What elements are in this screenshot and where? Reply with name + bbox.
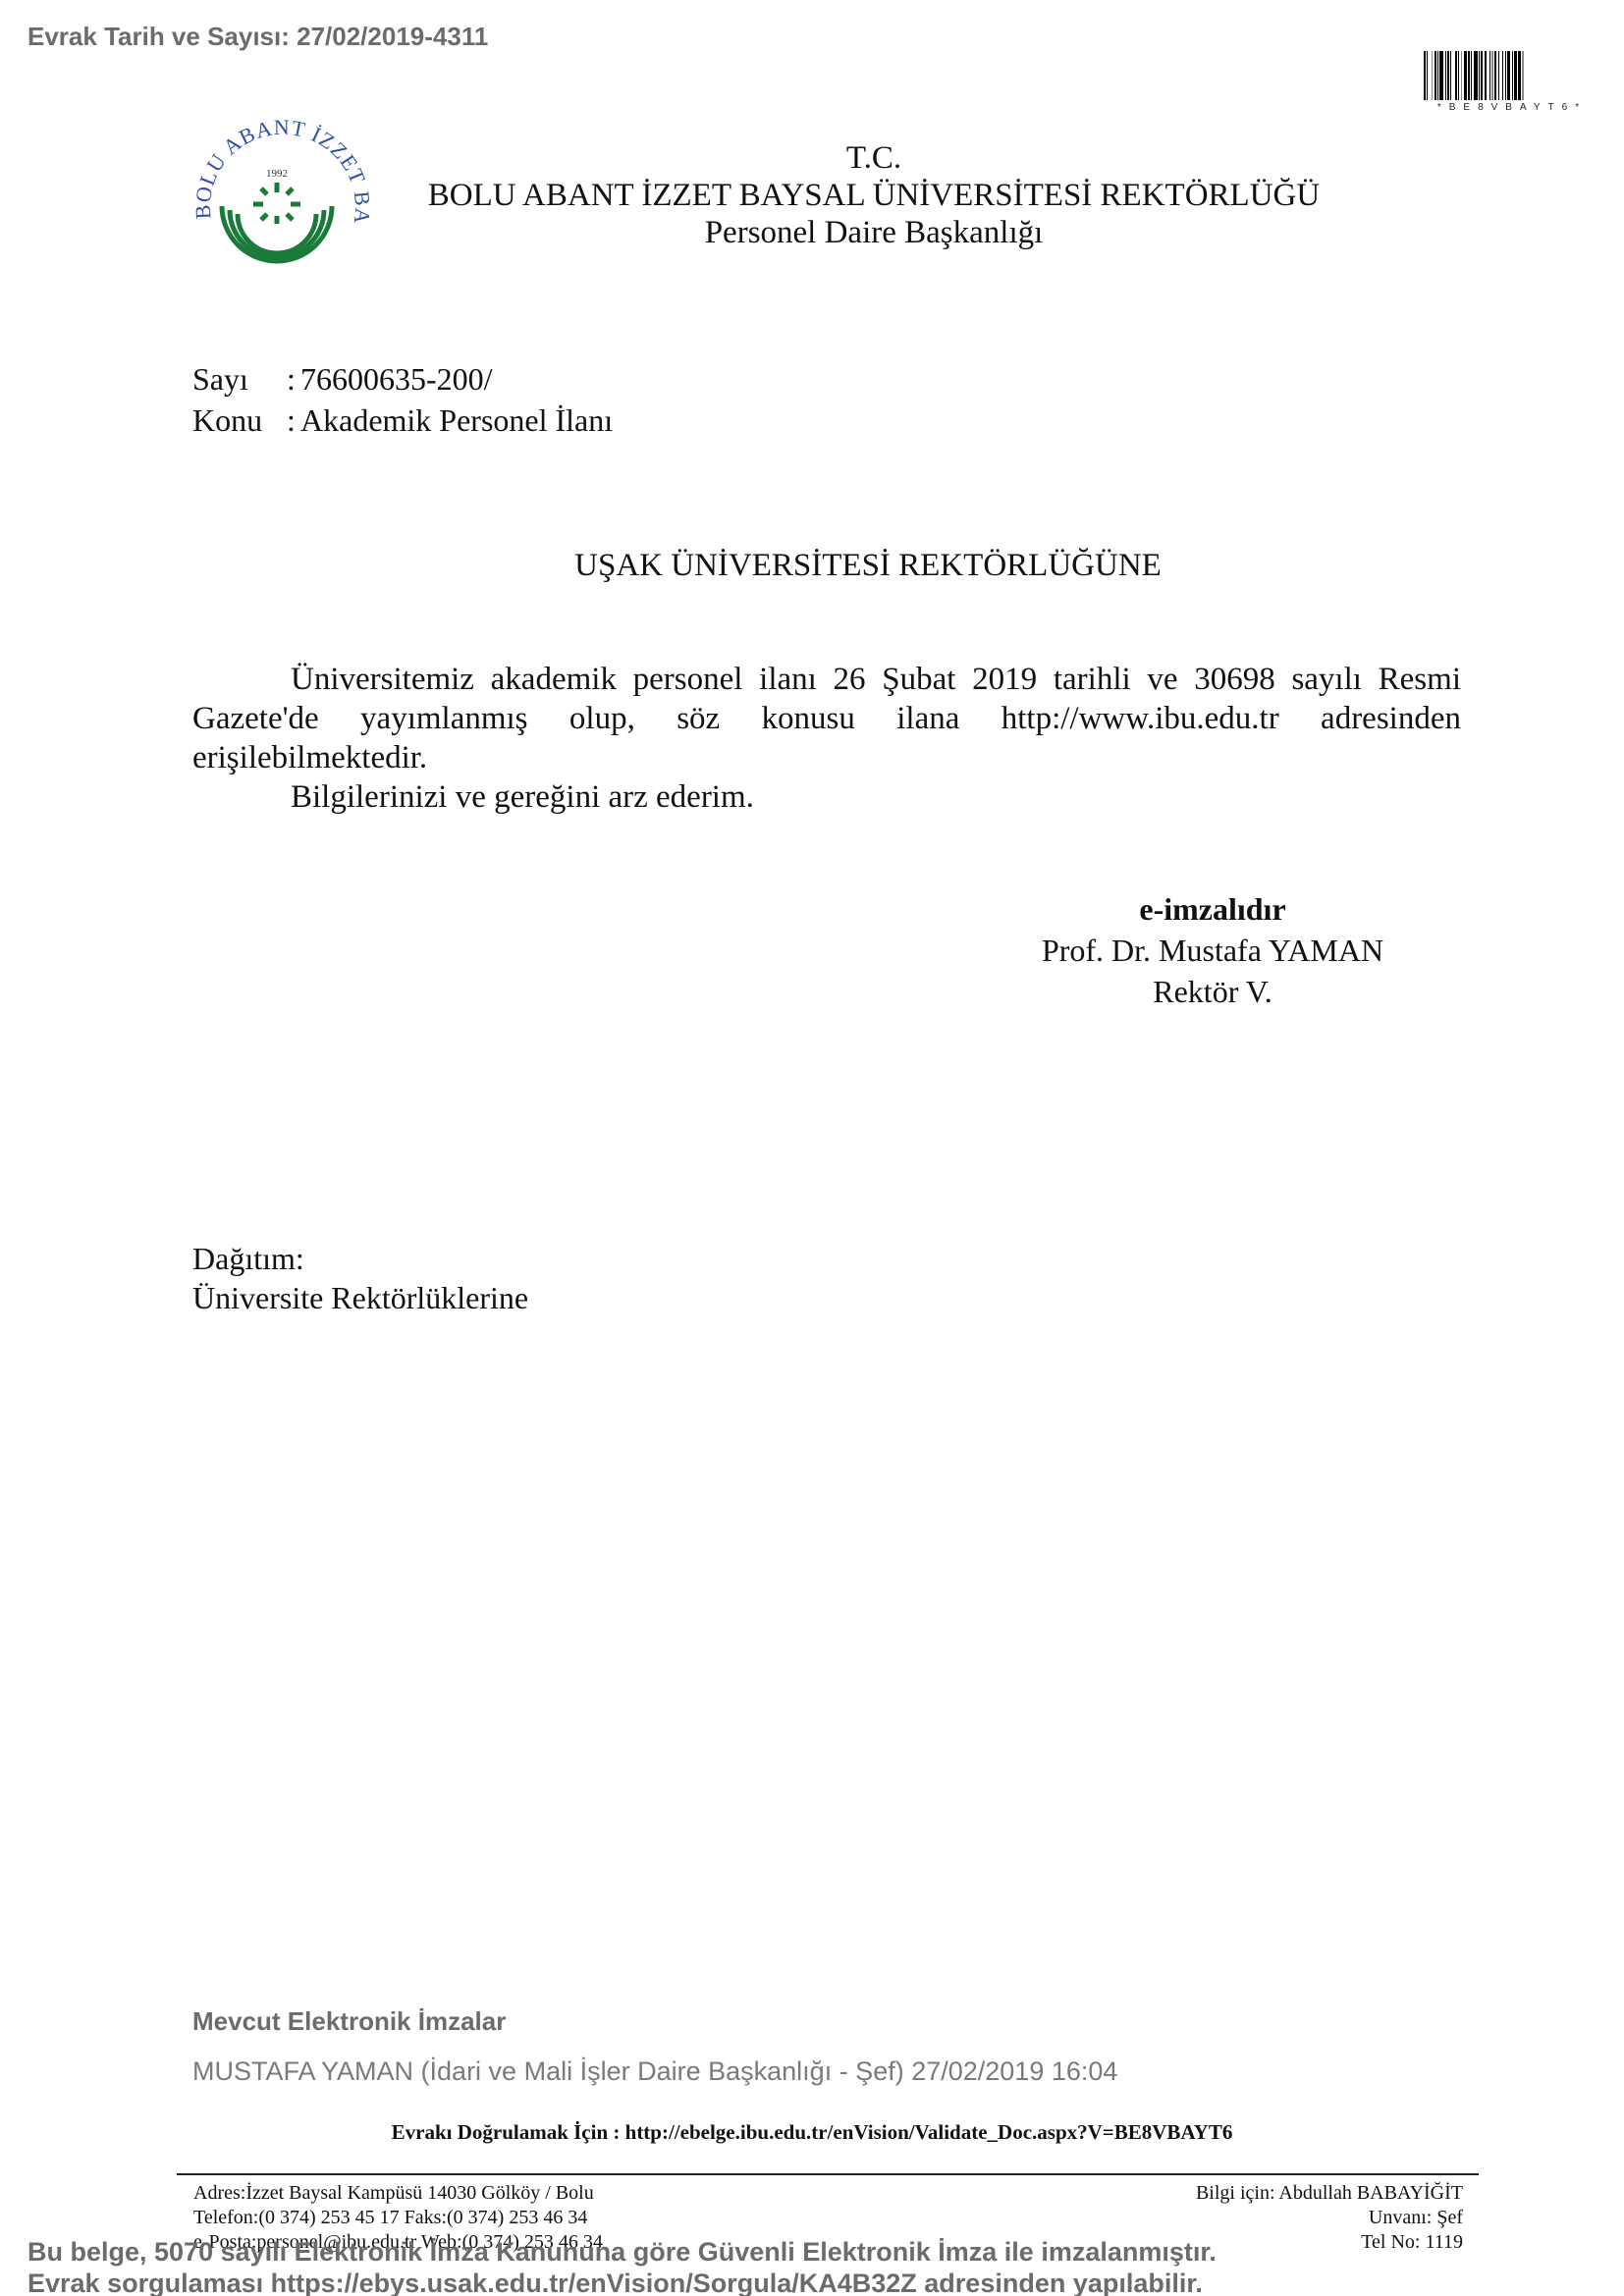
- footer-info-person: Bilgi için: Abdullah BABAYİĞİT: [1080, 2181, 1463, 2206]
- signatory-name: Prof. Dr. Mustafa YAMAN: [1021, 930, 1404, 971]
- konu-value: Akademik Personel İlanı: [300, 400, 613, 441]
- meta-konu-row: Konu : Akademik Personel İlanı: [192, 400, 613, 441]
- distribution-label: Dağıtım:: [192, 1239, 528, 1278]
- letter-body: Üniversitemiz akademik personel ilanı 26…: [192, 660, 1461, 817]
- body-paragraph-1: Üniversitemiz akademik personel ilanı 26…: [192, 660, 1461, 777]
- footer-phone: Telefon:(0 374) 253 45 17 Faks:(0 374) 2…: [193, 2206, 603, 2230]
- letterhead-department: Personel Daire Başkanlığı: [393, 214, 1355, 251]
- barcode-text: *BE8VBAYT6*: [1424, 102, 1600, 113]
- footer-unvan: Unvanı: Şef: [1080, 2206, 1463, 2230]
- electronic-signatures-title: Mevcut Elektronik İmzalar: [192, 2006, 1117, 2037]
- svg-text:1992: 1992: [266, 168, 288, 180]
- sayi-label: Sayı: [192, 358, 287, 400]
- letterhead-institution: BOLU ABANT İZZET BAYSAL ÜNİVERSİTESİ REK…: [393, 177, 1355, 214]
- konu-label: Konu: [192, 400, 287, 441]
- legal-notice-line-2: Evrak sorgulaması https://ebys.usak.edu.…: [27, 2268, 1217, 2296]
- distribution-value: Üniversite Rektörlüklerine: [192, 1278, 528, 1317]
- barcode-icon: [1424, 51, 1600, 100]
- validation-link[interactable]: Evrakı Doğrulamak İçin : http://ebelge.i…: [0, 2120, 1624, 2145]
- body-paragraph-2: Bilgilerinizi ve gereğini arz ederim.: [192, 777, 1461, 817]
- distribution: Dağıtım: Üniversite Rektörlüklerine: [192, 1239, 528, 1317]
- sayi-value: 76600635-200/: [300, 358, 493, 400]
- letterhead: T.C. BOLU ABANT İZZET BAYSAL ÜNİVERSİTES…: [393, 139, 1355, 251]
- letterhead-tc: T.C.: [393, 139, 1355, 177]
- barcode: *BE8VBAYT6*: [1424, 51, 1600, 113]
- document-meta: Sayı : 76600635-200/ Konu : Akademik Per…: [192, 358, 613, 441]
- electronic-signatures: Mevcut Elektronik İmzalar MUSTAFA YAMAN …: [192, 2006, 1117, 2087]
- footer-divider: [177, 2173, 1479, 2175]
- electronic-signature-entry: MUSTAFA YAMAN (İdari ve Mali İşler Daire…: [192, 2056, 1117, 2087]
- meta-sayi-row: Sayı : 76600635-200/: [192, 358, 613, 400]
- signature-block: e-imzalıdır Prof. Dr. Mustafa YAMAN Rekt…: [1021, 888, 1404, 1012]
- document-date-number: Evrak Tarih ve Sayısı: 27/02/2019-4311: [27, 22, 488, 52]
- legal-notice-line-1: Bu belge, 5070 sayılı Elektronik İmza Ka…: [27, 2236, 1217, 2268]
- footer-address: Adres:İzzet Baysal Kampüsü 14030 Gölköy …: [193, 2181, 603, 2206]
- konu-separator: :: [287, 400, 300, 441]
- recipient: UŞAK ÜNİVERSİTESİ REKTÖRLÜĞÜNE: [0, 548, 1624, 584]
- signature-status: e-imzalıdır: [1021, 888, 1404, 930]
- university-seal-logo: BOLU ABANT İZZET BAYSAL ÜNİVERSİTESİ 199…: [194, 108, 371, 294]
- sayi-separator: :: [287, 358, 300, 400]
- legal-notice: Bu belge, 5070 sayılı Elektronik İmza Ka…: [27, 2236, 1217, 2296]
- signatory-title: Rektör V.: [1021, 971, 1404, 1012]
